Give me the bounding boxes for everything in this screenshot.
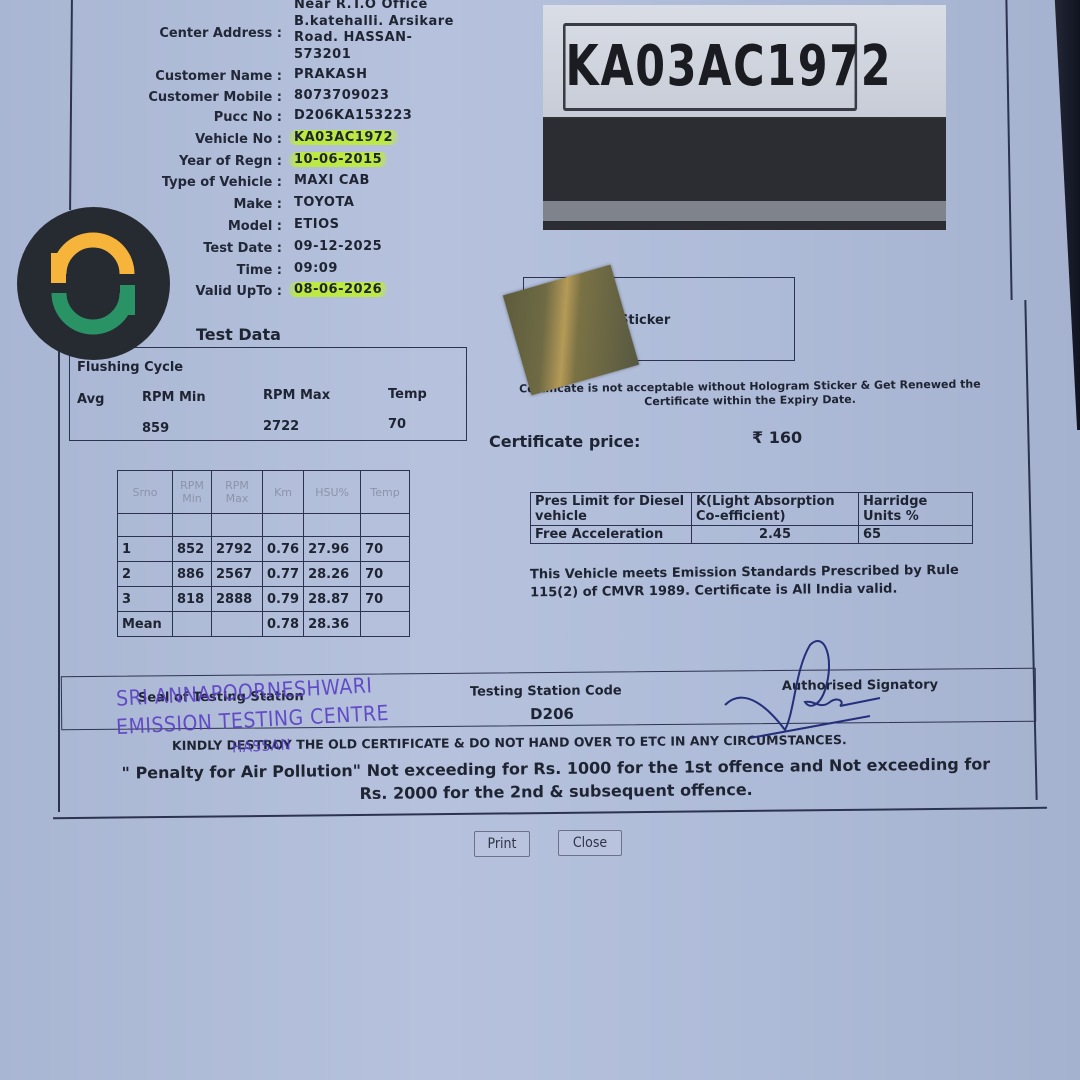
measure-header: Srno (118, 471, 173, 514)
value-type-of-vehicle: MAXI CAB (294, 173, 370, 188)
table-cell: 886 (173, 562, 212, 587)
table-cell (173, 514, 212, 537)
table-row: Mean0.7828.36 (118, 612, 410, 637)
table-cell: 2 (118, 562, 173, 587)
refresh-sync-icon[interactable] (17, 207, 170, 360)
table-cell: 3 (118, 587, 173, 612)
label-customer-mobile: Customer Mobile : (148, 90, 282, 105)
table-cell (118, 514, 173, 537)
value-customer-mobile: 8073709023 (294, 88, 389, 103)
close-button[interactable]: Close (558, 830, 622, 856)
table-row: 288625670.7728.2670 (118, 562, 410, 587)
table-row: 185227920.7627.9670 (118, 537, 410, 562)
table-cell (212, 514, 263, 537)
address-line: Road. HASSAN- (294, 30, 454, 47)
table-cell (173, 612, 212, 637)
table-cell (361, 514, 410, 537)
fc-header-temp: Temp (388, 387, 427, 402)
measure-header: Km (263, 471, 304, 514)
table-cell: 27.96 (304, 537, 361, 562)
label-valid-upto: Valid UpTo : (195, 284, 282, 299)
table-cell (212, 612, 263, 637)
limits-k-value: 2.45 (692, 526, 859, 544)
measure-header: RPM Max (212, 471, 263, 514)
address-line: Near R.T.O Office (294, 0, 454, 14)
plate-number: KA03AC1972 (563, 23, 857, 111)
background-edge (1044, 0, 1080, 430)
table-cell: 818 (173, 587, 212, 612)
value-vehicle-no: KA03AC1972 (288, 130, 399, 145)
measure-header: Temp (361, 471, 410, 514)
emission-limits-table: Pres Limit for Diesel vehicle K(Light Ab… (530, 492, 973, 544)
table-cell: Mean (118, 612, 173, 637)
limits-hsu-value: 65 (859, 526, 973, 544)
station-code: D206 (530, 705, 574, 723)
table-cell: 28.87 (304, 587, 361, 612)
flushing-cycle-box: Flushing Cycle Avg RPM Min RPM Max Temp … (69, 347, 467, 441)
limits-header-2: Harridge Units % (859, 493, 973, 526)
label-pucc-no: Pucc No : (214, 110, 282, 125)
label-customer-name: Customer Name : (155, 69, 282, 84)
table-cell: 0.79 (263, 587, 304, 612)
page-border-bottom (53, 807, 1047, 819)
table-cell: 70 (361, 587, 410, 612)
certificate-price-value: ₹ 160 (752, 428, 802, 447)
table-cell: 70 (361, 562, 410, 587)
page-border-right (1005, 0, 1012, 300)
flushing-cycle-title: Flushing Cycle (77, 360, 183, 375)
fc-rpm-min: 859 (142, 421, 169, 436)
address-line: B.katehalli. Arsikare (294, 14, 454, 31)
seal-stamp-line3: HASSAN (232, 735, 292, 756)
value-customer-name: PRAKASH (294, 67, 367, 82)
vehicle-plate-photo: KA03AC1972 (543, 5, 946, 230)
table-cell (304, 514, 361, 537)
value-time: 09:09 (294, 261, 338, 276)
limits-header-0: Pres Limit for Diesel vehicle (531, 493, 692, 526)
table-cell (361, 612, 410, 637)
fc-header-rpm-max: RPM Max (263, 388, 330, 403)
table-cell: 2567 (212, 562, 263, 587)
measurements-table: SrnoRPM MinRPM MaxKmHSU%Temp 185227920.7… (117, 470, 410, 637)
station-code-label: Testing Station Code (470, 683, 622, 699)
table-cell: 2792 (212, 537, 263, 562)
label-test-date: Test Date : (203, 241, 282, 256)
fc-header-rpm-min: RPM Min (142, 390, 206, 405)
limits-row-label: Free Acceleration (531, 526, 692, 544)
fc-rpm-max: 2722 (263, 419, 299, 434)
label-type-of-vehicle: Type of Vehicle : (162, 175, 282, 190)
table-cell: 0.76 (263, 537, 304, 562)
value-pucc-no: D206KA153223 (294, 108, 412, 123)
label-make: Make : (233, 197, 282, 212)
fc-temp: 70 (388, 417, 406, 432)
table-cell: 2888 (212, 587, 263, 612)
print-button[interactable]: Print (474, 831, 530, 857)
compliance-text: This Vehicle meets Emission Standards Pr… (530, 562, 985, 603)
value-center-address: Near R.T.O OfficeB.katehalli. ArsikareRo… (294, 0, 454, 63)
measure-header: HSU% (304, 471, 361, 514)
label-model: Model : (228, 219, 282, 234)
table-cell: 28.26 (304, 562, 361, 587)
test-data-title: Test Data (196, 325, 281, 344)
table-cell: 0.77 (263, 562, 304, 587)
label-time: Time : (237, 263, 282, 278)
signature-mark (720, 630, 890, 750)
fc-header-avg: Avg (77, 392, 104, 407)
table-cell (263, 514, 304, 537)
value-year-of-regn: 10-06-2015 (288, 152, 388, 167)
value-make: TOYOTA (294, 195, 354, 210)
table-cell: 70 (361, 537, 410, 562)
table-cell: 28.36 (304, 612, 361, 637)
value-valid-upto: 08-06-2026 (288, 282, 388, 297)
certificate-price-label: Certificate price: (489, 432, 640, 451)
label-year-of-regn: Year of Regn : (179, 154, 282, 169)
limits-header-1: K(Light Absorption Co-efficient) (692, 493, 859, 526)
address-line: 573201 (294, 47, 454, 64)
label-vehicle-no: Vehicle No : (195, 132, 282, 147)
table-cell: 1 (118, 537, 173, 562)
value-model: ETIOS (294, 217, 340, 232)
page-border-right (1024, 300, 1037, 800)
measure-header: RPM Min (173, 471, 212, 514)
table-row: 381828880.7928.8770 (118, 587, 410, 612)
page-border-left (58, 350, 60, 812)
table-cell: 0.78 (263, 612, 304, 637)
table-cell: 852 (173, 537, 212, 562)
page-border-left (69, 0, 72, 210)
label-center-address: Center Address : (159, 26, 282, 41)
value-test-date: 09-12-2025 (294, 239, 382, 254)
table-row (118, 514, 410, 537)
penalty-notice: " Penalty for Air Pollution" Not exceedi… (64, 752, 1048, 808)
